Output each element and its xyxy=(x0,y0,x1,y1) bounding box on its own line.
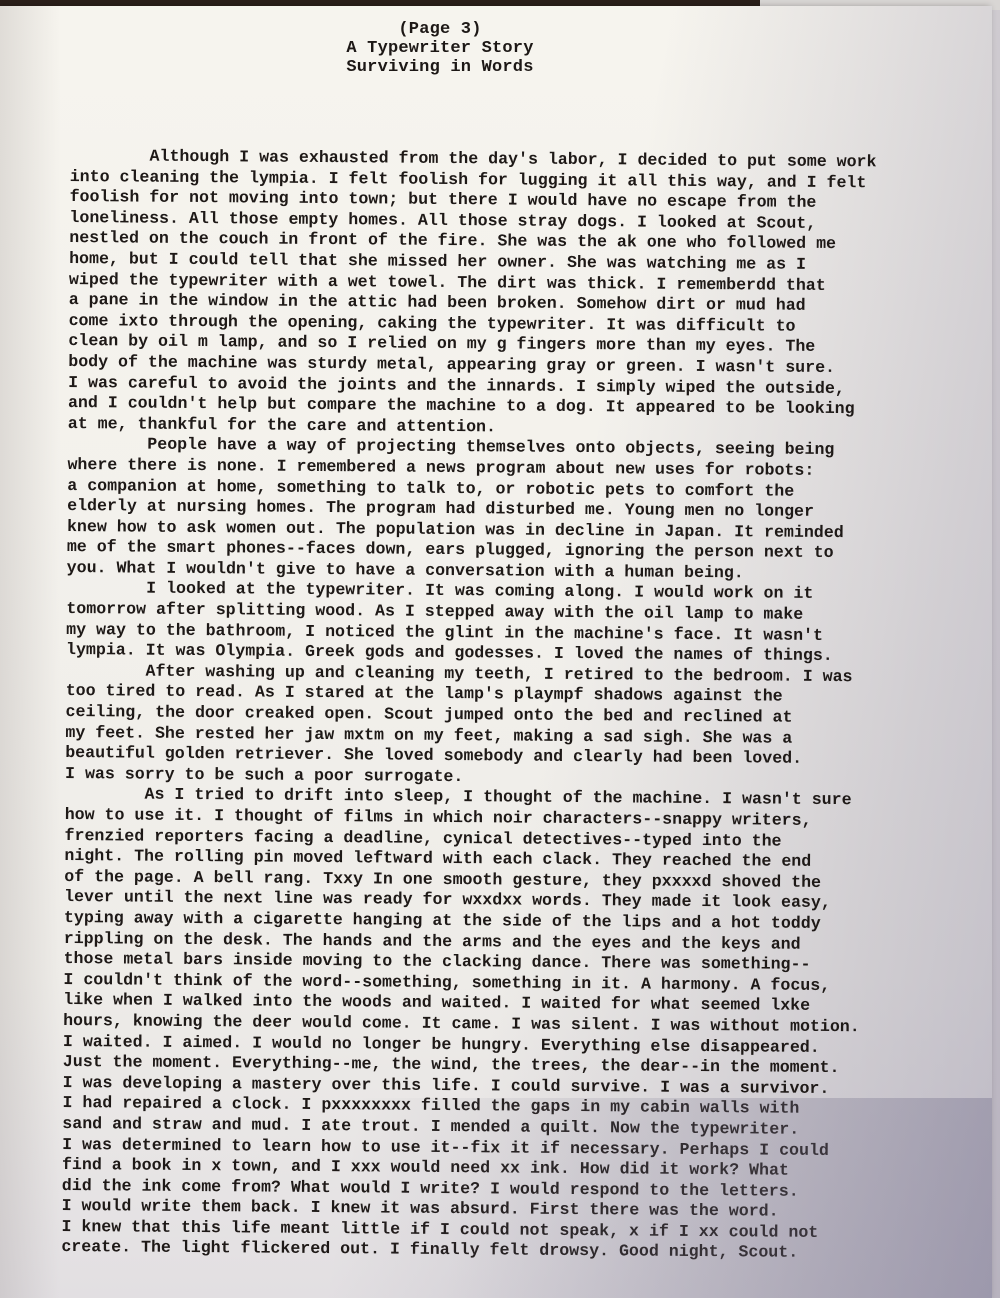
text-line: I had repaired a clock. I pxxxxxxxx fill… xyxy=(62,1093,869,1120)
text-line: I knew that this life meant little if I … xyxy=(61,1217,868,1244)
page-header: (Page 3) A Typewriter Story Surviving in… xyxy=(0,20,880,77)
story-title: A Typewriter Story xyxy=(0,39,880,58)
text-line: create. The light flickered out. I final… xyxy=(61,1237,868,1264)
story-body: Although I was exhausted from the day's … xyxy=(61,146,876,1264)
typewritten-page: (Page 3) A Typewriter Story Surviving in… xyxy=(0,6,992,1298)
text-line: sand and straw and mud. I ate trout. I m… xyxy=(62,1114,869,1141)
text-line: did the ink come from? What would I writ… xyxy=(62,1176,869,1203)
story-subtitle: Surviving in Words xyxy=(0,58,880,77)
text-line: I would write them back. I knew it was a… xyxy=(62,1196,869,1223)
page-number: (Page 3) xyxy=(0,20,880,39)
text-line: find a book in x town, and I xxx would n… xyxy=(62,1155,869,1182)
text-line: I was determined to learn how to use it-… xyxy=(62,1134,869,1161)
